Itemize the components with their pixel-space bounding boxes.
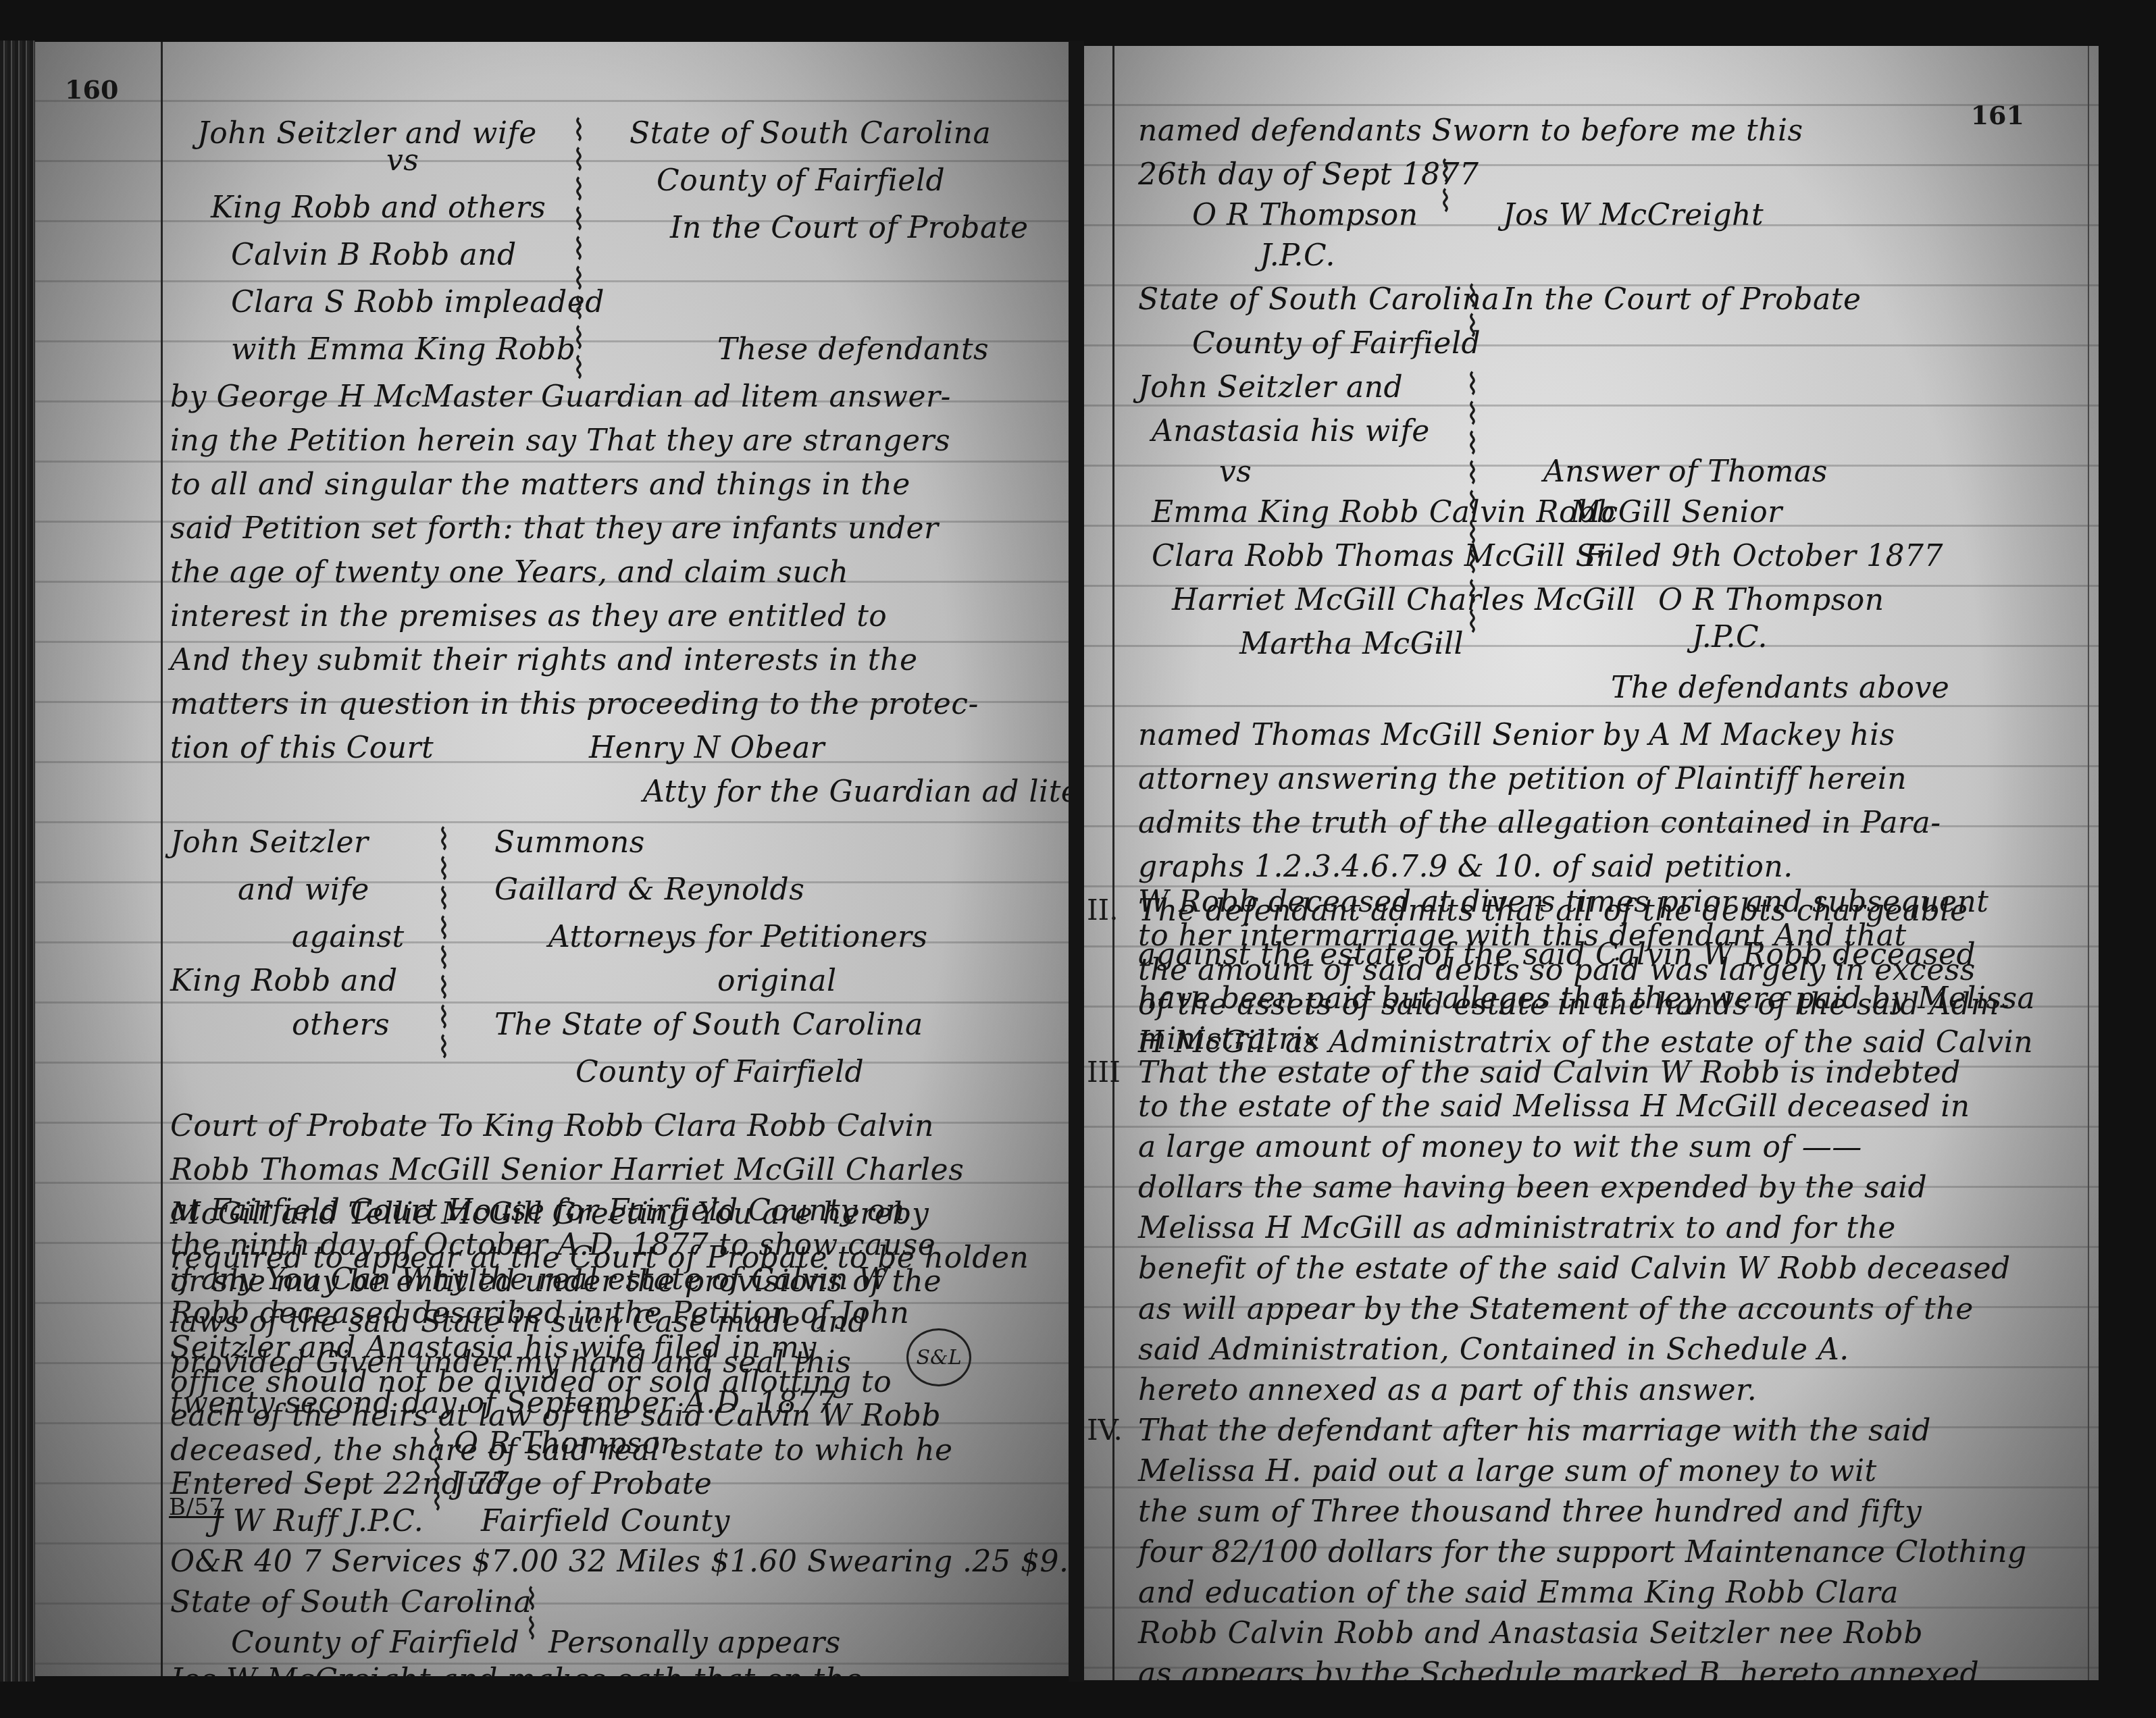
handwritten-line: said Petition set forth: that they are i… xyxy=(170,511,939,546)
brace-mark: ⌇⌇⌇⌇⌇⌇⌇⌇ xyxy=(434,825,454,1063)
handwritten-line: laws of the said State in such Case made… xyxy=(170,1305,867,1339)
handwritten-line: the sum of Three thousand three hundred … xyxy=(1138,1494,1922,1529)
handwritten-line: O R Thompson xyxy=(1658,583,1884,617)
brace-mark: ⌇⌇ xyxy=(1462,282,1483,342)
handwritten-line: Atty for the Guardian ad litem xyxy=(643,775,1069,809)
handwritten-line: Henry N Obear xyxy=(589,731,825,765)
handwritten-line: Martha McGill xyxy=(1239,627,1464,661)
handwritten-line: dollars the same having been expended by… xyxy=(1138,1170,1927,1205)
handwritten-line: Harriet McGill Charles McGill xyxy=(1172,583,1636,617)
brace-mark: ⌇⌇⌇ xyxy=(427,1426,447,1515)
brace-mark: ⌇⌇⌇⌇⌇⌇⌇⌇⌇ xyxy=(1462,370,1483,637)
handwritten-line: graphs 1.2.3.4.6.7.9 & 10. of said petit… xyxy=(1138,850,1793,884)
handwritten-line: County of Fairfield xyxy=(231,1625,519,1660)
handwritten-line: original xyxy=(717,964,836,998)
handwritten-line: And they submit their rights and interes… xyxy=(170,643,917,677)
handwritten-line: vs xyxy=(386,143,419,178)
handwritten-line: John Seitzler and xyxy=(1138,370,1403,405)
handwritten-line: J W Ruff J.P.C. xyxy=(211,1504,423,1538)
handwritten-line: Fairfield County xyxy=(481,1504,730,1538)
handwritten-line: Gaillard & Reynolds xyxy=(494,873,804,907)
handwritten-line: That the estate of the said Calvin W Rob… xyxy=(1138,1056,1961,1090)
handwritten-line: John Seitzler and wife xyxy=(197,116,537,151)
handwritten-line: the age of twenty one Years, and claim s… xyxy=(170,555,848,590)
handwritten-line: to her intermarriage with this defendant… xyxy=(1138,918,1907,953)
brace-mark: ⌇⌇ xyxy=(521,1585,542,1644)
book-edge xyxy=(0,41,35,1682)
handwritten-line: John Seitzler xyxy=(170,825,369,860)
handwritten-line: to all and singular the matters and thin… xyxy=(170,467,910,502)
handwritten-line: Robb Calvin Robb and Anastasia Seitzler … xyxy=(1138,1616,1923,1650)
handwritten-line: O R Thompson xyxy=(1192,198,1418,232)
handwritten-line: That the defendant after his marriage wi… xyxy=(1138,1413,1931,1448)
handwritten-line: hereto annexed as a part of this answer. xyxy=(1138,1373,1757,1407)
handwritten-line: vs xyxy=(1219,454,1252,489)
handwritten-line: Jos W McCreight xyxy=(1503,198,1764,232)
handwritten-line: and wife xyxy=(238,873,369,907)
page-number: 161 xyxy=(1971,100,2024,130)
margin-rule xyxy=(161,42,163,1676)
handwritten-line: others xyxy=(292,1008,390,1042)
handwritten-line: O&R 40 7 Services $7.00 32 Miles $1.60 S… xyxy=(170,1544,1069,1579)
handwritten-line: ing the Petition herein say That they ar… xyxy=(170,423,950,458)
handwritten-line: with Emma King Robb xyxy=(231,332,575,367)
handwritten-line: benefit of the estate of the said Calvin… xyxy=(1138,1251,2011,1286)
handwritten-line: of the assets of said estate in the hand… xyxy=(1138,987,2009,1022)
handwritten-line: and education of the said Emma King Robb… xyxy=(1138,1576,1899,1610)
handwritten-line: named Thomas McGill Senior by A M Mackey… xyxy=(1138,718,1895,752)
handwritten-line: Summons xyxy=(494,825,645,860)
handwritten-line: Clara Robb Thomas McGill Sr xyxy=(1152,539,1611,573)
handwritten-line: The State of South Carolina xyxy=(494,1008,923,1042)
handwritten-line: State of South Carolina xyxy=(1138,282,1499,317)
handwritten-line: provided Given under my hand and seal th… xyxy=(170,1345,851,1380)
handwritten-line: named defendants Sworn to before me this xyxy=(1138,113,1803,148)
handwritten-line: Robb Thomas McGill Senior Harriet McGill… xyxy=(170,1153,964,1187)
handwritten-line: as will appear by the Statement of the a… xyxy=(1138,1292,1974,1326)
left-page: 160 S&L B/57 John Seitzler and wifevsKin… xyxy=(35,42,1069,1676)
handwritten-line: These defendants xyxy=(717,332,989,367)
handwritten-line: at Fairfield Court House for Fairfield C… xyxy=(170,1193,905,1228)
handwritten-line: against xyxy=(292,920,405,954)
paragraph-number: III xyxy=(1087,1056,1121,1089)
handwritten-line: County of Fairfield xyxy=(1192,326,1481,361)
handwritten-line: Attorneys for Petitioners xyxy=(548,920,928,954)
handwritten-line: In the Court of Probate xyxy=(670,211,1028,245)
handwritten-line: four 82/100 dollars for the support Main… xyxy=(1138,1535,2027,1569)
handwritten-line: Filed 9th October 1877 xyxy=(1584,539,1943,573)
handwritten-line: the ninth day of October A.D. 1877 to sh… xyxy=(170,1228,935,1262)
brace-mark: ⌇⌇⌇⌇⌇⌇⌇⌇⌇ xyxy=(569,116,589,384)
handwritten-line: admits the truth of the allegation conta… xyxy=(1138,806,1941,840)
handwritten-line: Clara S Robb impleaded xyxy=(231,285,605,319)
handwritten-line: J.P.C. xyxy=(1260,238,1335,273)
handwritten-line: Answer of Thomas xyxy=(1543,454,1828,489)
handwritten-line: ministratrix xyxy=(1138,1022,1320,1056)
handwritten-line: to the estate of the said Melissa H McGi… xyxy=(1138,1089,1970,1124)
handwritten-line: interest in the premises as they are ent… xyxy=(170,599,887,633)
handwritten-line: by George H McMaster Guardian ad litem a… xyxy=(170,380,951,414)
page-number: 160 xyxy=(65,74,118,105)
handwritten-line: Melissa H McGill as administratrix to an… xyxy=(1138,1211,1896,1245)
handwritten-line: 26th day of Sept 1877 xyxy=(1138,157,1479,192)
handwritten-line: W Robb deceased at divers times prior an… xyxy=(1138,885,1989,919)
handwritten-line: King Robb and xyxy=(170,964,398,998)
handwritten-line: twenty second day of September A.D. 1877 xyxy=(170,1386,836,1420)
paragraph-number: II. xyxy=(1087,893,1119,927)
handwritten-line: Court of Probate To King Robb Clara Robb… xyxy=(170,1109,934,1143)
seal-mark: S&L xyxy=(906,1328,971,1386)
right-page: 161 named defendants Sworn to before me … xyxy=(1084,46,2099,1680)
handwritten-line: King Robb and others xyxy=(211,190,546,225)
handwritten-line: State of South Carolina xyxy=(170,1585,532,1619)
handwritten-line: a large amount of money to wit the sum o… xyxy=(1138,1130,1862,1164)
handwritten-line: Jos W McCreight and makes oath that on t… xyxy=(170,1663,863,1676)
handwritten-line: J.P.C. xyxy=(1692,620,1768,654)
handwritten-line: County of Fairfield xyxy=(575,1055,864,1089)
handwritten-line: Emma King Robb Calvin Robb xyxy=(1152,495,1616,529)
ledger-scan: 160 S&L B/57 John Seitzler and wifevsKin… xyxy=(0,0,2156,1718)
book-gutter xyxy=(1069,41,1084,1682)
handwritten-line: Calvin B Robb and xyxy=(231,238,517,272)
handwritten-line: O R Thompson xyxy=(454,1426,680,1461)
brace-mark: ⌇⌇ xyxy=(1435,157,1456,217)
handwritten-line: tion of this Court xyxy=(170,731,434,765)
handwritten-line: attorney answering the petition of Plain… xyxy=(1138,762,1907,796)
handwritten-line: the amount of said debts so paid was lar… xyxy=(1138,953,1976,987)
handwritten-line: The defendants above xyxy=(1611,671,1949,705)
handwritten-line: Judge of Probate xyxy=(454,1467,712,1501)
handwritten-line: said Administration, Contained in Schedu… xyxy=(1138,1332,1849,1367)
handwritten-line: State of South Carolina xyxy=(630,116,991,151)
handwritten-line: Anastasia his wife xyxy=(1152,414,1430,448)
paragraph-number: IV. xyxy=(1087,1413,1123,1447)
handwritten-line: Personally appears xyxy=(548,1625,841,1660)
handwritten-line: Melissa H. paid out a large sum of money… xyxy=(1138,1454,1877,1488)
handwritten-line: County of Fairfield xyxy=(657,163,945,198)
handwritten-line: or she may be entitled under the provisi… xyxy=(170,1264,942,1299)
handwritten-line: matters in question in this proceeding t… xyxy=(170,687,979,721)
edge-rule xyxy=(2088,46,2089,1680)
handwritten-line: In the Court of Probate xyxy=(1503,282,1861,317)
handwritten-line: McGill Senior xyxy=(1570,495,1782,529)
handwritten-line: as appears by the Schedule marked B. her… xyxy=(1138,1657,1979,1680)
